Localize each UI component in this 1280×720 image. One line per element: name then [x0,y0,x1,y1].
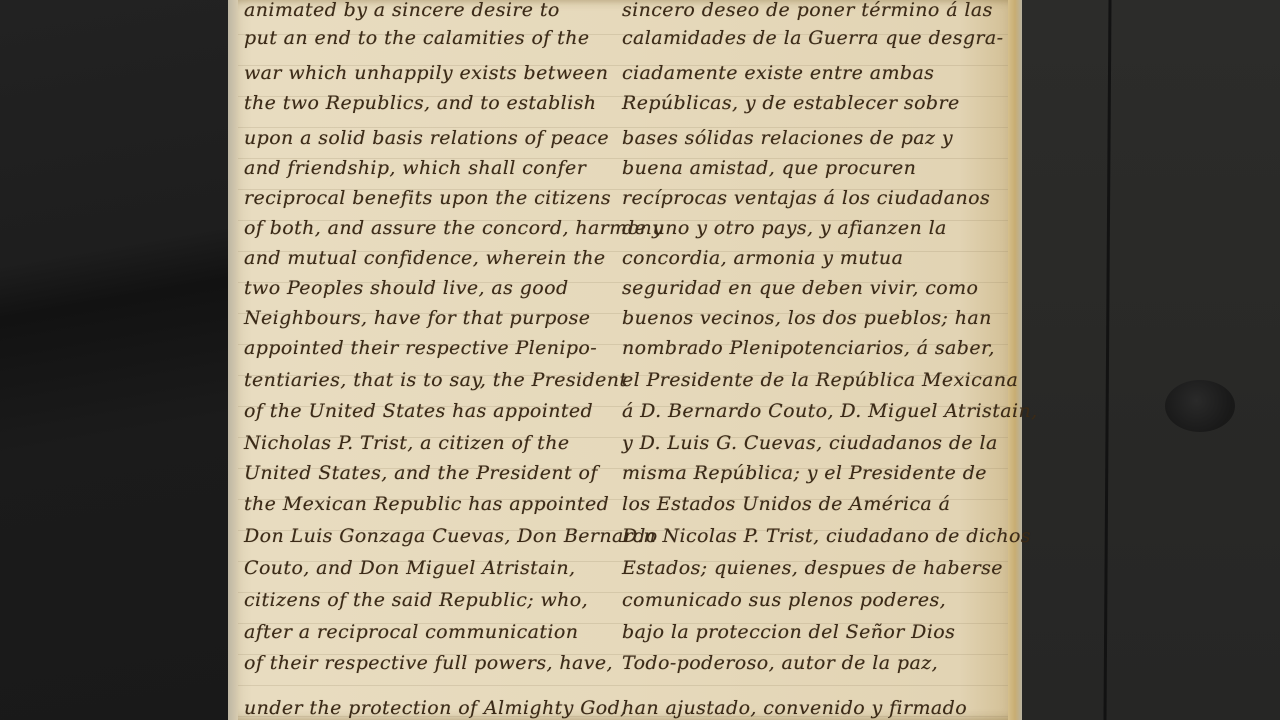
english-text-line: the two Republics, and to establish [244,85,596,122]
english-text-line: put an end to the calamities of the [244,20,589,57]
background-door-handle [1165,380,1235,432]
spanish-text-line: han ajustado, convenido y firmado [622,690,967,720]
english-text-line: of their respective full powers, have, [244,645,613,682]
spanish-text-line: Repúblicas, y de establecer sobre [622,85,960,122]
page-edge-left [228,0,238,720]
english-text-column: animated by a sincere desire toput an en… [244,0,624,720]
spanish-text-column: sincero deseo de poner término á lascala… [622,0,1002,720]
dark-background-left [0,0,228,720]
english-text-line: under the protection of Almighty God, [244,690,627,720]
spanish-text-line: Todo-poderoso, autor de la paz, [622,645,938,682]
dark-background-right [1022,0,1280,720]
page-edge-right [1008,0,1022,720]
spanish-text-line: calamidades de la Guerra que desgra- [622,20,1003,57]
